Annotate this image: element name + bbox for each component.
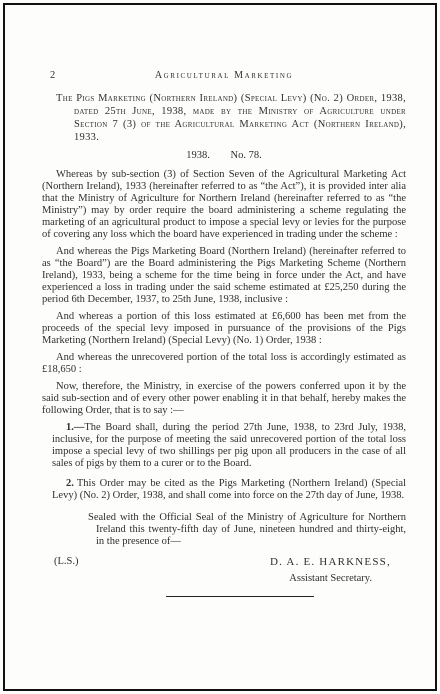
section-2-number: 2. <box>66 478 74 489</box>
page-number: 2 <box>50 70 55 81</box>
order-year: 1938. <box>177 150 219 161</box>
section-1: 1.—The Board shall, during the period 27… <box>52 422 406 470</box>
recital-board-loss: And whereas the Pigs Marketing Board (No… <box>42 246 406 306</box>
page-header: 2 Agricultural Marketing <box>42 70 406 84</box>
section-2-text: This Order may be cited as the Pigs Mark… <box>52 478 406 501</box>
section-2: 2.This Order may be cited as the Pigs Ma… <box>52 478 406 502</box>
seal-mark: (L.S.) <box>54 556 79 567</box>
order-title: The Pigs Marketing (Northern Ireland) (S… <box>56 92 406 144</box>
recital-powers: Whereas by sub-section (3) of Section Se… <box>42 169 406 241</box>
document-page: 2 Agricultural Marketing The Pigs Market… <box>0 0 440 694</box>
signature-name: D. A. E. HARKNESS, <box>270 556 391 568</box>
signature-row: (L.S.) D. A. E. HARKNESS, <box>42 556 406 571</box>
signature-title: Assistant Secretary. <box>42 573 406 584</box>
section-1-text: The Board shall, during the period 27th … <box>52 422 406 469</box>
sealing-clause: Sealed with the Official Seal of the Min… <box>88 512 406 548</box>
enacting-clause: Now, therefore, the Ministry, in exercis… <box>42 381 406 417</box>
recital-unrecovered-loss: And whereas the unrecovered portion of t… <box>42 352 406 376</box>
order-number: No. 78. <box>222 150 271 161</box>
running-title: Agricultural Marketing <box>155 70 293 81</box>
recital-levy-no1: And whereas a portion of this loss estim… <box>42 311 406 347</box>
section-1-number: 1.— <box>66 422 84 433</box>
end-rule <box>166 596 314 597</box>
order-reference-line: 1938. No. 78. <box>42 150 406 161</box>
